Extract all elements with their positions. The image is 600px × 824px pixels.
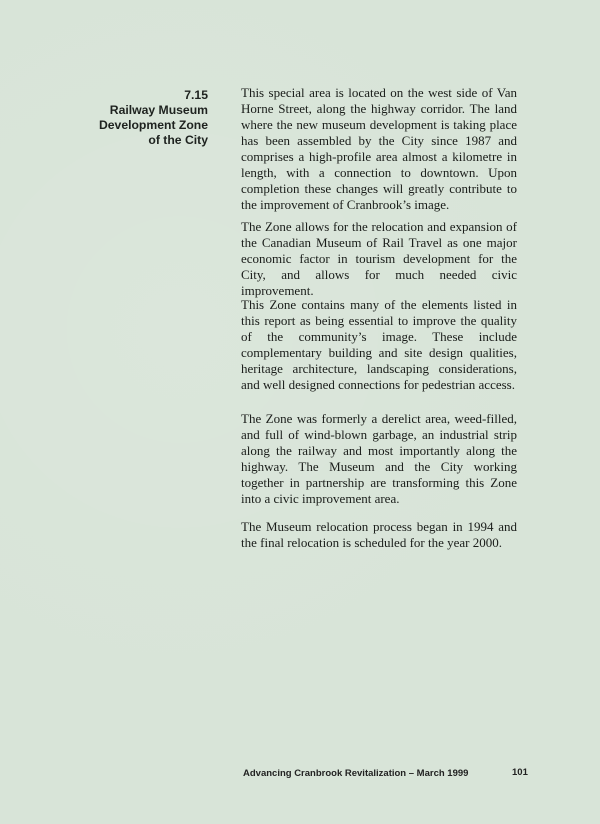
section-title-line-2: Development Zone bbox=[80, 118, 208, 133]
page-number: 101 bbox=[512, 767, 528, 778]
document-page: 7.15 Railway Museum Development Zone of … bbox=[0, 0, 600, 824]
footer-title: Advancing Cranbrook Revitalization – Mar… bbox=[243, 768, 468, 779]
paragraph-1: This special area is located on the west… bbox=[241, 85, 517, 213]
paragraph-5: The Museum relocation process began in 1… bbox=[241, 519, 517, 551]
paragraph-3: This Zone contains many of the elements … bbox=[241, 297, 517, 393]
paragraph-4: The Zone was formerly a derelict area, w… bbox=[241, 411, 517, 507]
section-title-line-1: Railway Museum bbox=[80, 103, 208, 118]
section-number: 7.15 bbox=[80, 88, 208, 103]
section-title-line-3: of the City bbox=[80, 133, 208, 148]
paragraph-2: The Zone allows for the relocation and e… bbox=[241, 219, 517, 299]
section-heading: 7.15 Railway Museum Development Zone of … bbox=[80, 88, 208, 148]
